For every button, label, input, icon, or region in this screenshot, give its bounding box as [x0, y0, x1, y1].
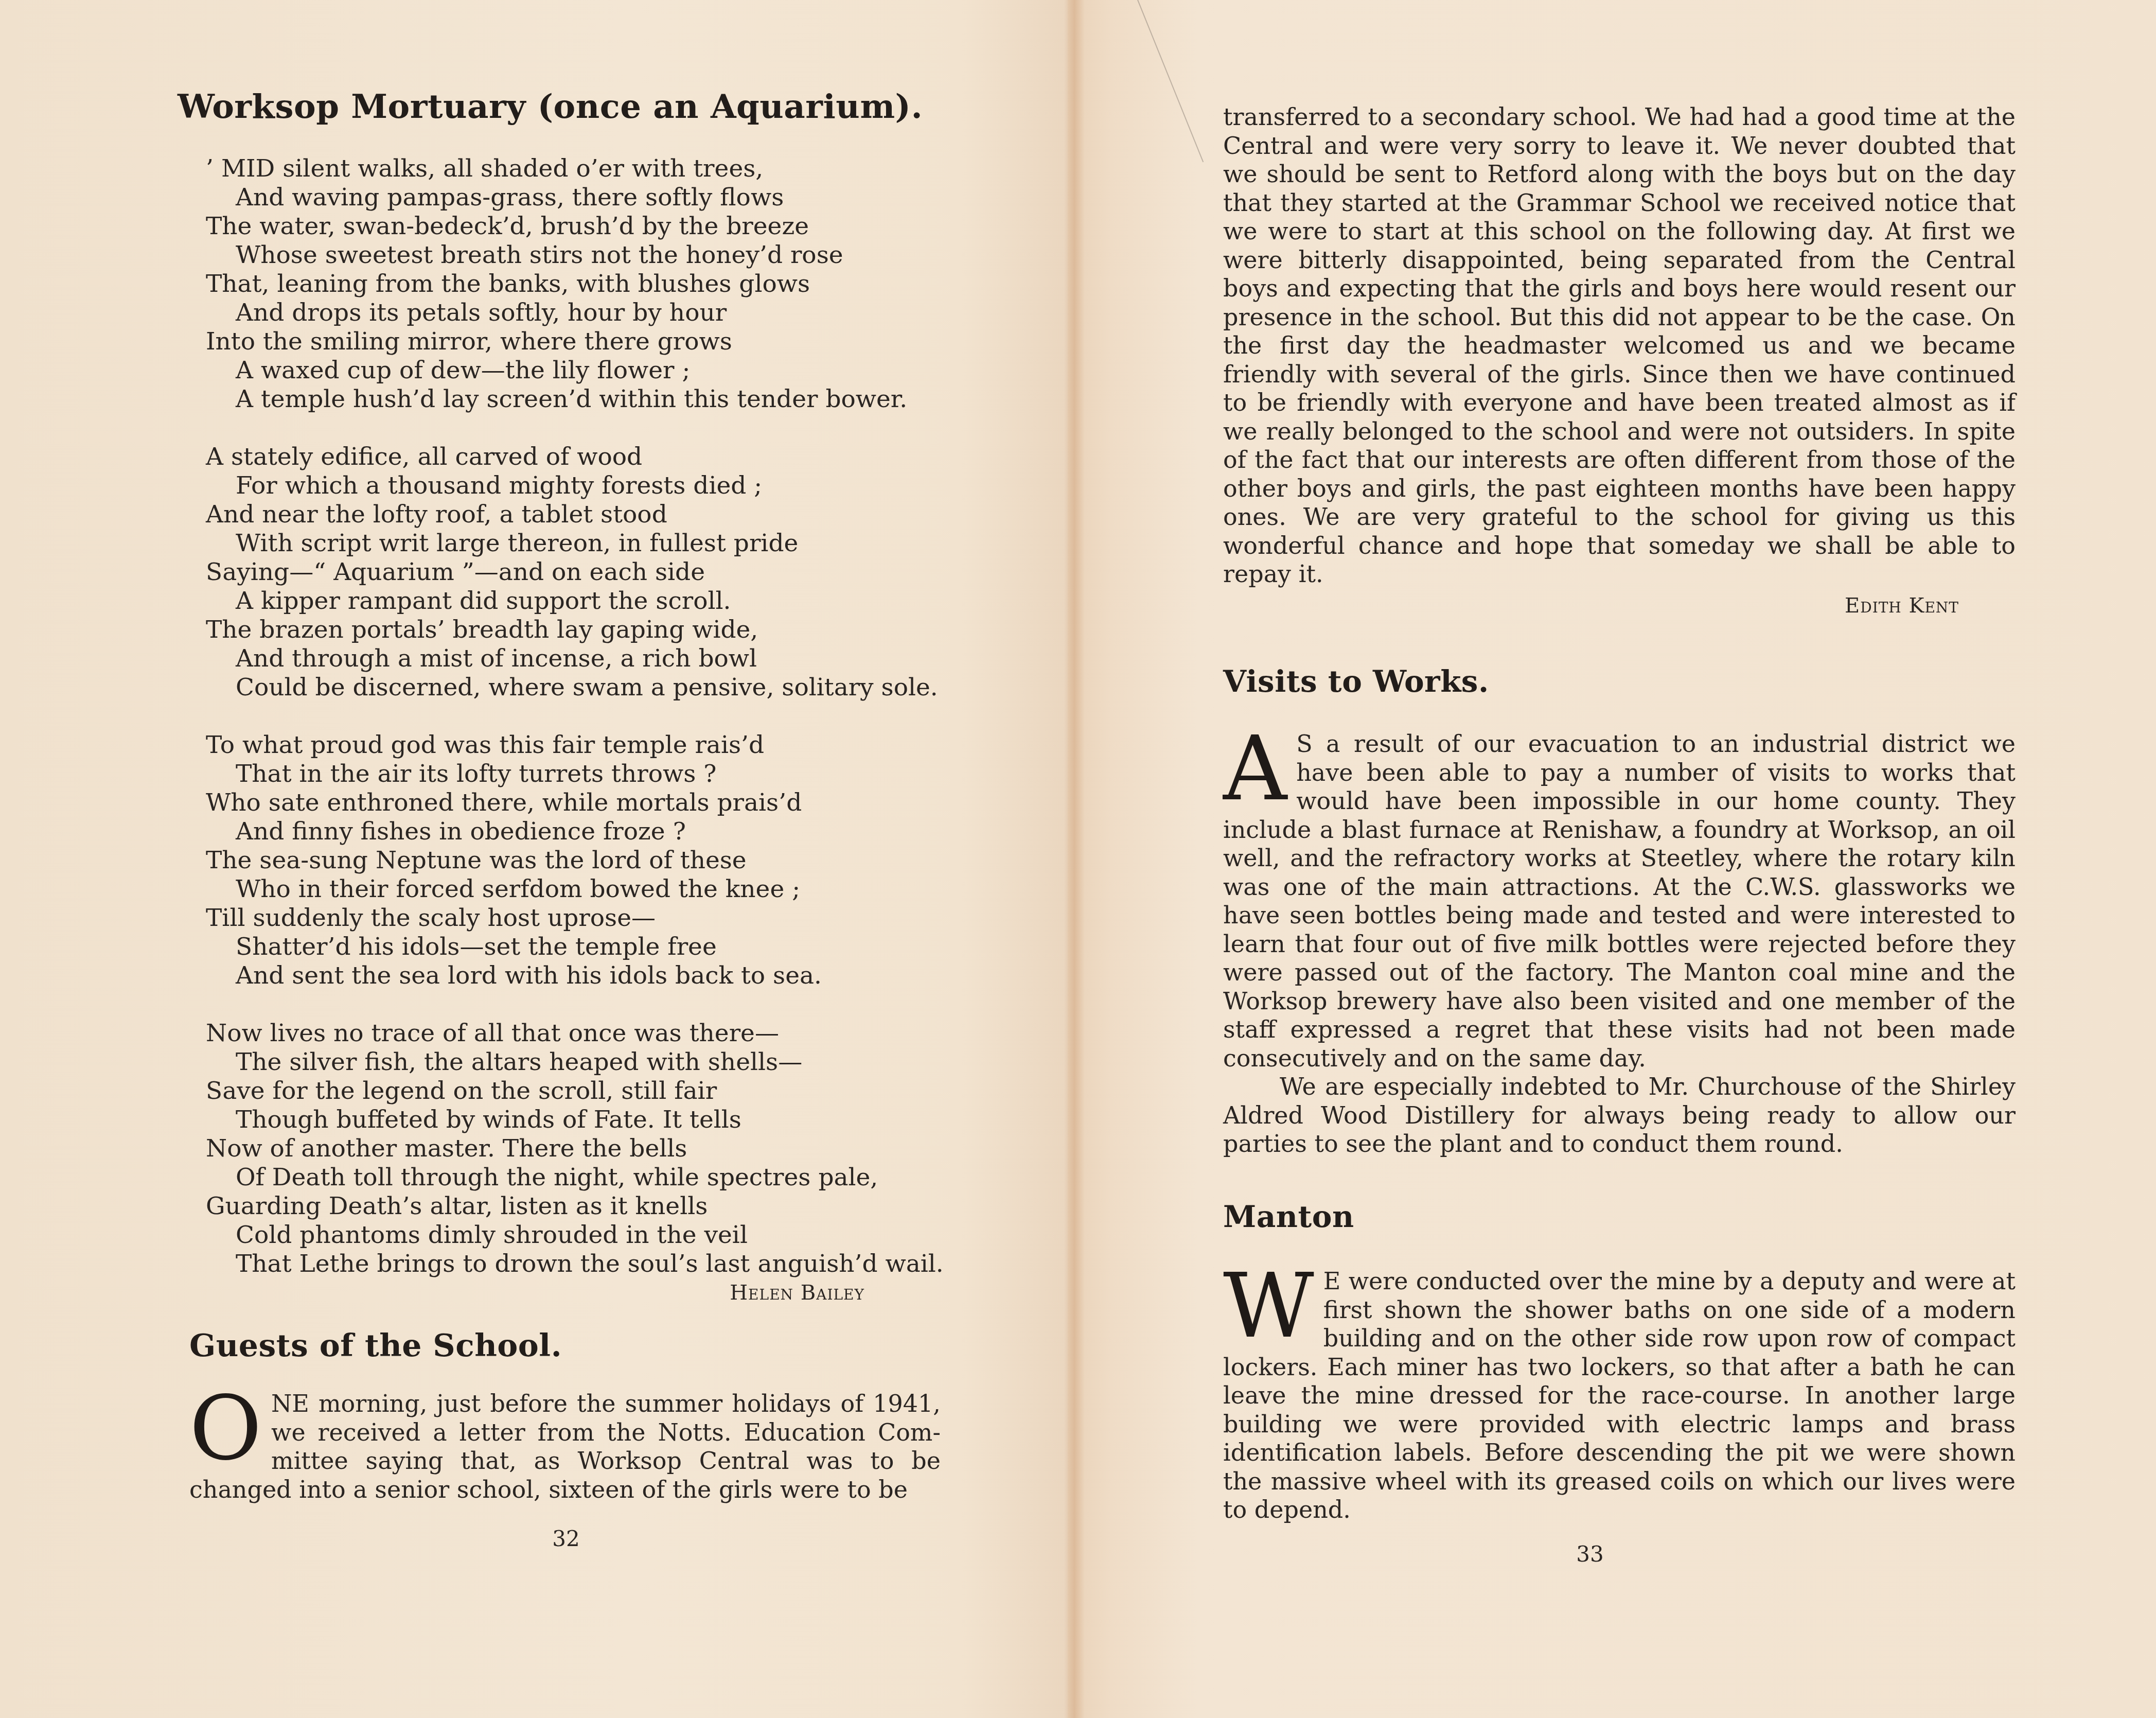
verse-line: Till suddenly the scaly host uprose—	[206, 904, 926, 933]
right-page: transferred to a secondary school. We ha…	[1068, 0, 2156, 1718]
poem-title: Worksop Mortuary (once an Aquarium).	[178, 87, 923, 126]
verse-line: That in the air its lofty turrets throws…	[206, 760, 926, 788]
verse-line: And through a mist of incense, a rich bo…	[206, 644, 926, 673]
poem-stanza-1: ’ MID silent walks, all shaded o’er with…	[206, 154, 926, 414]
verse-line: ’ MID silent walks, all shaded o’er with…	[206, 154, 926, 183]
manton-paragraph: E were conducted over the mine by a depu…	[1223, 1267, 2016, 1524]
guests-continued-paragraph: transferred to a secondary school. We ha…	[1223, 103, 2016, 589]
visits-article: A S a result of our evacuation to an ind…	[1223, 730, 2016, 1159]
verse-line: Of Death toll through the night, while s…	[206, 1163, 926, 1192]
visits-paragraph-2: We are especially indebted to Mr. Church…	[1223, 1073, 2016, 1159]
verse-line: Who in their forced serfdom bowed the kn…	[206, 875, 926, 904]
verse-line: Saying—“ Aquarium ”—and on each side	[206, 558, 926, 587]
dropcap-a: A	[1223, 733, 1287, 805]
poem-stanza-3: To what proud god was this fair temple r…	[206, 731, 926, 990]
page-number-left: 32	[515, 1526, 617, 1551]
verse-line: A kipper rampant did support the scroll.	[206, 587, 926, 616]
verse-line: Guarding Death’s altar, listen as it kne…	[206, 1192, 926, 1221]
verse-line: A temple hush’d lay screen’d within this…	[206, 385, 926, 414]
verse-line: Shatter’d his idols—set the temple free	[206, 933, 926, 961]
poem-stanza-4: Now lives no trace of all that once was …	[206, 1019, 926, 1278]
verse-line: That, leaning from the banks, with blush…	[206, 270, 926, 299]
verse-line: And drops its petals softly, hour by hou…	[206, 299, 926, 327]
book-spread: Worksop Mortuary (once an Aquarium). ’ M…	[0, 0, 2156, 1718]
visits-paragraph-1: S a result of our evacuation to an indus…	[1223, 730, 2016, 1073]
verse-line: And finny fishes in obedience froze ?	[206, 817, 926, 846]
poem-stanza-2: A stately edifice, all carved of wood Fo…	[206, 443, 926, 702]
dropcap-w: W	[1223, 1270, 1314, 1342]
verse-line: Into the smiling mirror, where there gro…	[206, 327, 926, 356]
guests-paragraph: NE morning, just before the summer holid…	[189, 1390, 941, 1504]
page-number-right: 33	[1539, 1541, 1641, 1567]
verse-line: The water, swan-bedeck’d, brush’d by the…	[206, 212, 926, 241]
verse-line: Whose sweetest breath stirs not the hone…	[206, 241, 926, 270]
poem-author: Helen Bailey	[206, 1278, 926, 1307]
guests-title: Guests of the School.	[189, 1328, 562, 1364]
visits-title: Visits to Works.	[1223, 664, 1489, 699]
guests-article-continued: transferred to a secondary school. We ha…	[1223, 103, 2016, 620]
poem-body: ’ MID silent walks, all shaded o’er with…	[206, 154, 926, 1307]
verse-line: And near the lofty roof, a tablet stood	[206, 500, 926, 529]
verse-line: The sea-sung Neptune was the lord of the…	[206, 846, 926, 875]
guests-author: Edith Kent	[1223, 592, 2016, 621]
verse-line: Cold phantoms dimly shrouded in the veil	[206, 1221, 926, 1250]
dropcap-o: O	[189, 1393, 262, 1465]
verse-line: To what proud god was this fair temple r…	[206, 731, 926, 760]
verse-line: And sent the sea lord with his idols bac…	[206, 961, 926, 990]
guests-article-start: O NE morning, just before the summer hol…	[189, 1390, 941, 1504]
verse-line: A stately edifice, all carved of wood	[206, 443, 926, 471]
verse-line: That Lethe brings to drown the soul’s la…	[206, 1250, 926, 1278]
verse-line: The brazen portals’ breadth lay gaping w…	[206, 616, 926, 644]
left-page: Worksop Mortuary (once an Aquarium). ’ M…	[0, 0, 1068, 1718]
verse-line: Save for the legend on the scroll, still…	[206, 1077, 926, 1106]
verse-line: The silver fish, the altars heaped with …	[206, 1048, 926, 1077]
verse-line: Who sate enthroned there, while mortals …	[206, 788, 926, 817]
verse-line: Now lives no trace of all that once was …	[206, 1019, 926, 1048]
verse-line: With script writ large thereon, in fulle…	[206, 529, 926, 558]
manton-title: Manton	[1223, 1199, 1354, 1234]
verse-line: Could be discerned, where swam a pensive…	[206, 673, 926, 702]
verse-line: For which a thousand mighty forests died…	[206, 471, 926, 500]
verse-line: Now of another master. There the bells	[206, 1134, 926, 1163]
manton-article: W E were conducted over the mine by a de…	[1223, 1267, 2016, 1524]
verse-line: Though buffeted by winds of Fate. It tel…	[206, 1106, 926, 1134]
verse-line: And waving pampas-grass, there softly fl…	[206, 183, 926, 212]
verse-line: A waxed cup of dew—the lily flower ;	[206, 356, 926, 385]
book-gutter	[1064, 0, 1085, 1718]
